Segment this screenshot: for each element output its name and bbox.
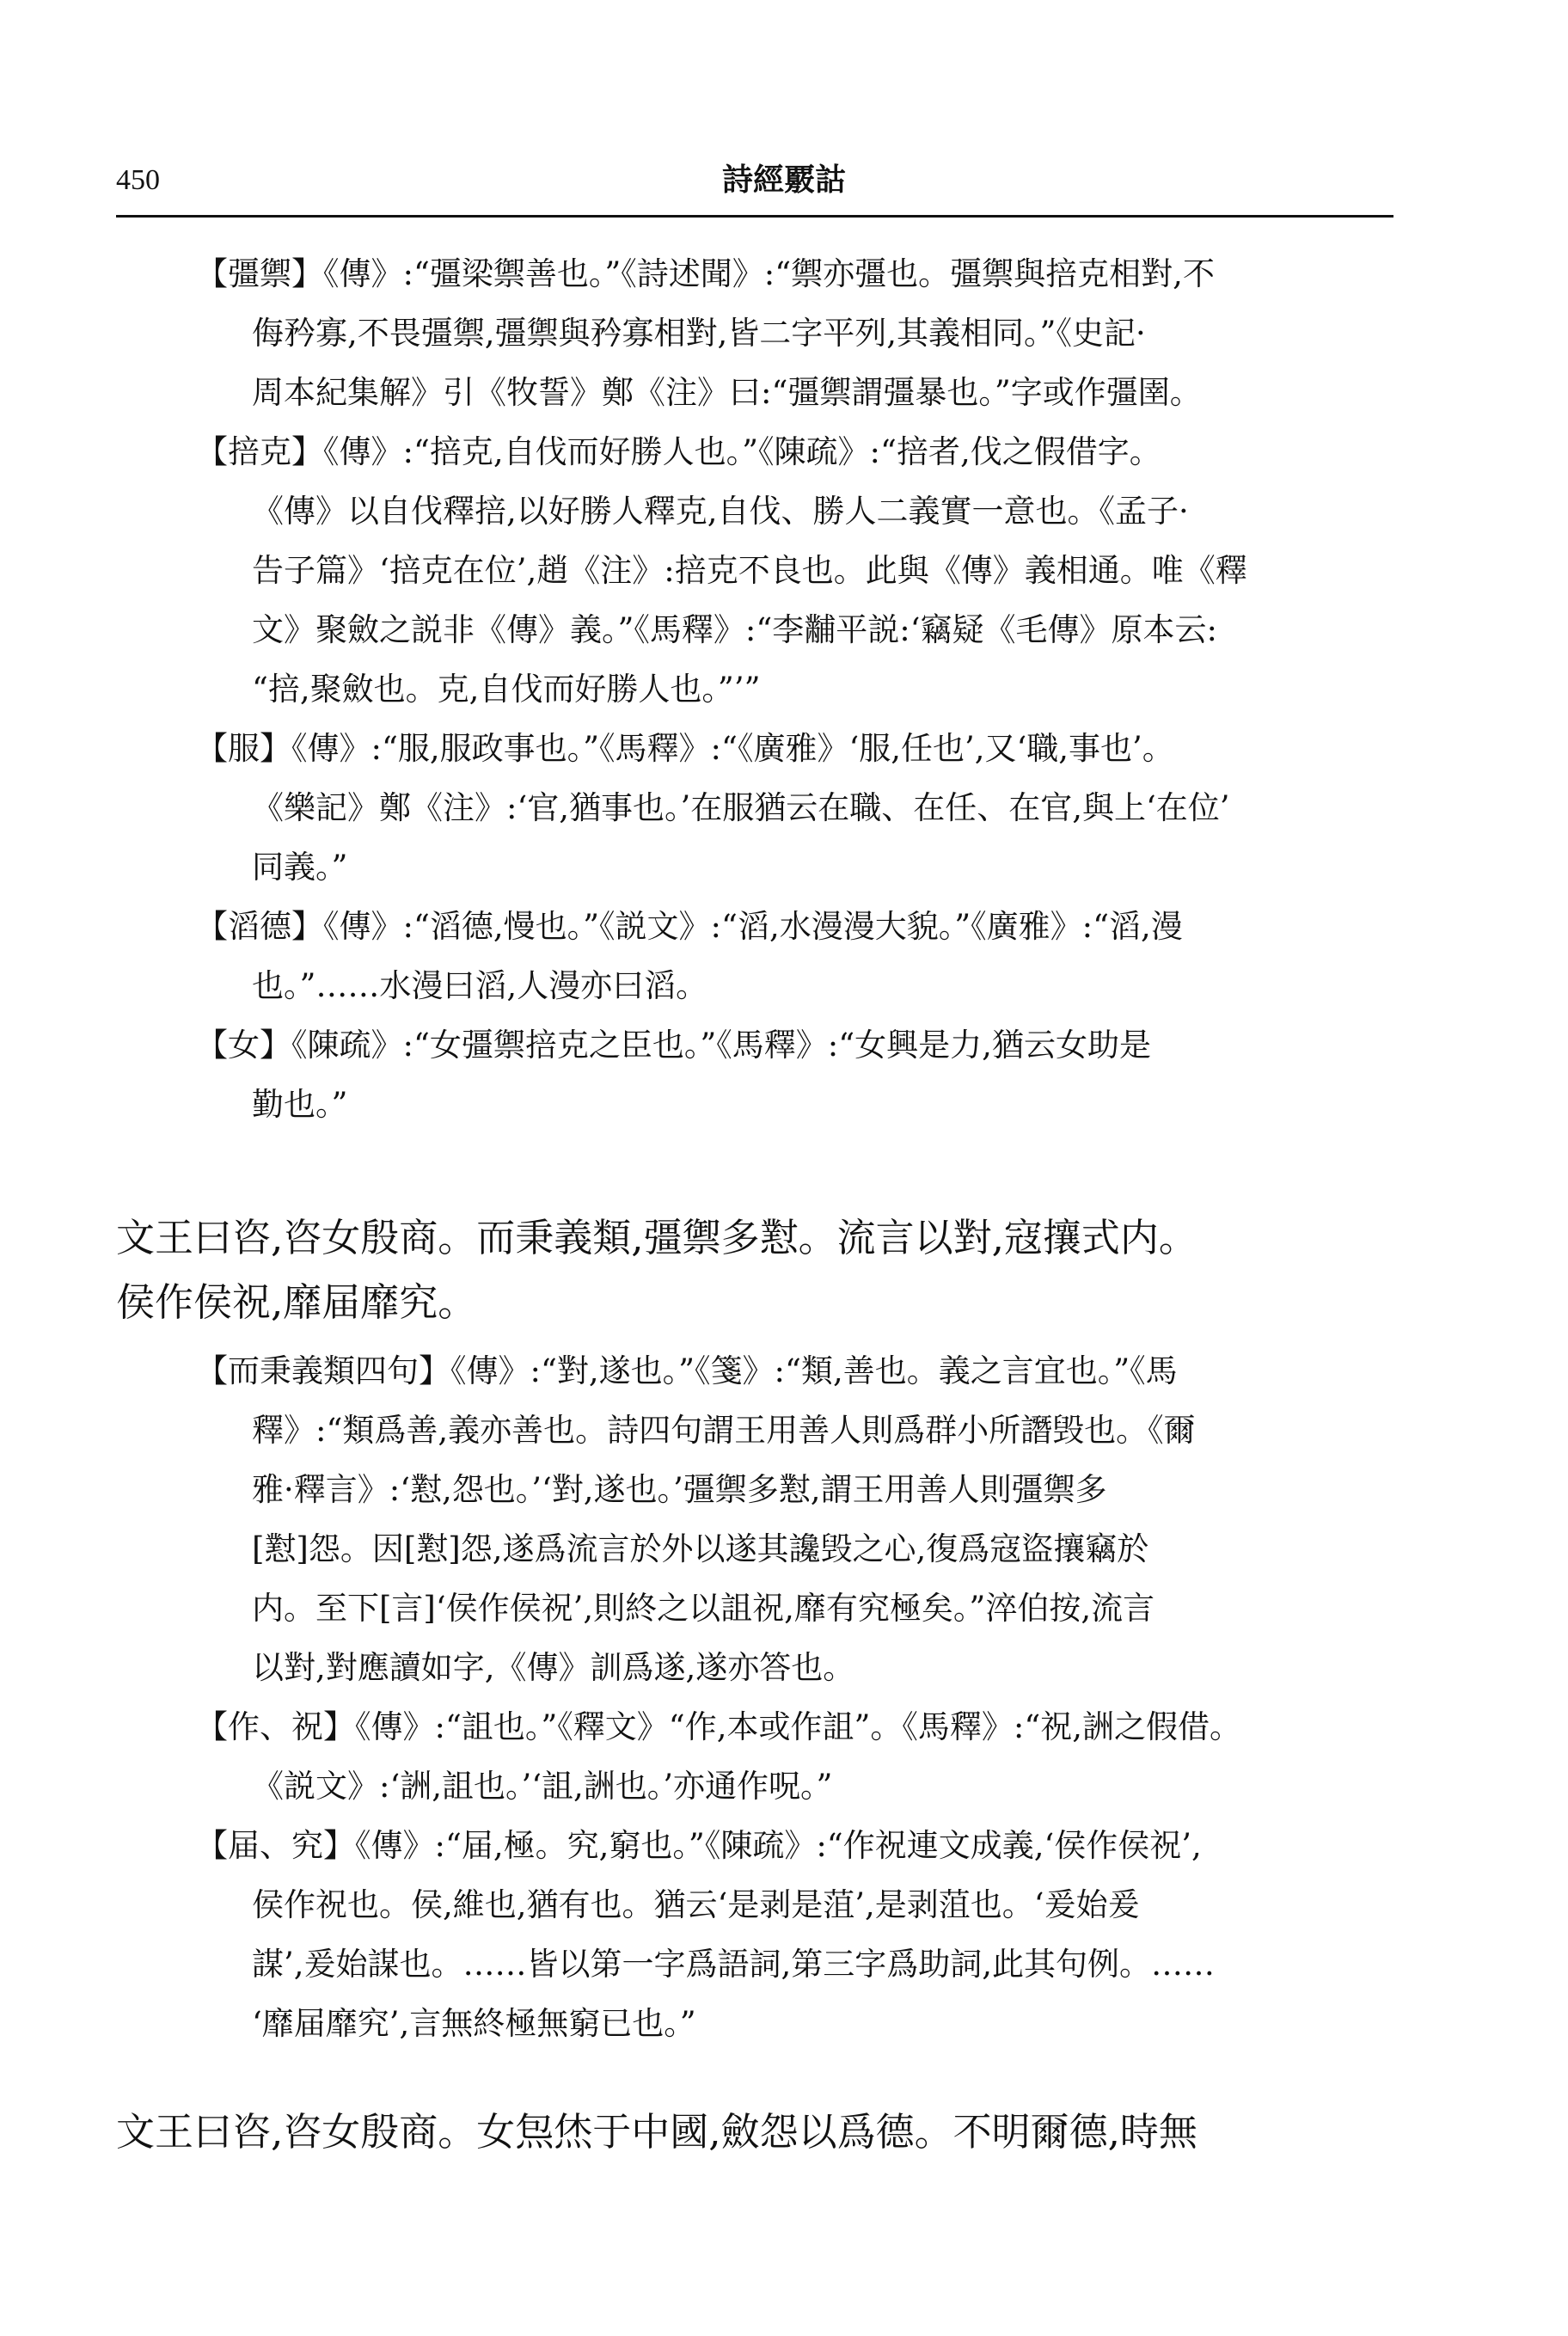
annotation-line: 侮矜寡,不畏彊禦,彊禦與矜寡相對,皆二字平列,其義相同。”《史記· (252, 314, 1146, 353)
annotation-line: 【作、祝】《傳》:“詛也。”《釋文》“作,本或作詛”。《馬釋》:“祝,詶之假借。 (196, 1708, 1241, 1747)
annotation-line: 周本紀集解》引《牧誓》鄭《注》曰:“彊禦謂彊暴也。”字或作彊圉。 (252, 373, 1202, 413)
annotation-line: 謀’,爰始謀也。……皆以第一字爲語詞,第三字爲助詞,此其句例。…… (252, 1945, 1215, 1984)
annotation-line: 【女】《陳疏》:“女彊禦掊克之臣也。”《馬釋》:“女興是力,猶云女助是 (196, 1026, 1151, 1065)
annotation-line: ‘靡届靡究’,言無終極無窮已也。” (252, 2004, 696, 2044)
annotation-line: 雅·釋言》:‘懟,怨也。’‘對,遂也。’彊禦多懟,謂王用善人則彊禦多 (252, 1470, 1107, 1510)
annotation-line: 【服】《傳》:“服,服政事也。”《馬釋》:“《廣雅》‘服,任也’,又‘職,事也’… (196, 729, 1174, 769)
annotation-line: 文》聚斂之説非《傳》義。”《馬釋》:“李黼平説:‘竊疑《毛傳》原本云: (252, 610, 1217, 650)
annotation-line: [懟]怨。因[懟]怨,遂爲流言於外以遂其讒毁之心,復爲寇盜攘竊於 (252, 1530, 1148, 1569)
header-rule (116, 215, 1393, 218)
annotation-line: 【滔德】《傳》:“滔德,慢也。”《説文》:“滔,水漫漫大貌。”《廣雅》:“滔,漫 (196, 907, 1183, 947)
poem-line: 文王曰咨,咨女殷商。女炰烋于中國,斂怨以爲德。不明爾德,時無 (116, 2109, 1197, 2155)
annotation-line: 《樂記》鄭《注》:‘官,猶事也。’在服猶云在職、在任、在官,與上‘在位’ (252, 788, 1230, 828)
annotation-line: 【届、究】《傳》:“届,極。究,窮也。”《陳疏》:“作祝連文成義,‘侯作侯祝’, (196, 1826, 1202, 1866)
annotation-line: 告子篇》‘掊克在位’,趙《注》:掊克不良也。此與《傳》義相通。唯《釋 (252, 551, 1247, 591)
annotation-line: 也。”……水漫曰滔,人漫亦曰滔。 (252, 966, 707, 1006)
running-title: 詩經覈詁 (0, 162, 1568, 198)
annotation-line: 《傳》以自伐釋掊,以好勝人釋克,自伐、勝人二義實一意也。《孟子· (252, 492, 1189, 531)
poem-line: 侯作侯祝,靡届靡究。 (116, 1279, 476, 1326)
annotation-line: 【彊禦】《傳》:“彊梁禦善也。”《詩述聞》:“禦亦彊也。彊禦與掊克相對,不 (196, 254, 1215, 294)
annotation-line: 内。至下[言]‘侯作侯祝’,則終之以詛祝,靡有究極矣。”淬伯按,流言 (252, 1589, 1155, 1628)
annotation-line: 勤也。” (252, 1085, 347, 1125)
annotation-line: 同義。” (252, 848, 347, 887)
annotation-line: 《説文》:‘詶,詛也。’‘詛,詶也。’亦通作呪。” (252, 1767, 832, 1806)
annotation-line: 釋》:“類爲善,義亦善也。詩四句謂王用善人則爲群小所譖毁也。《爾 (252, 1411, 1196, 1450)
annotation-line: 【而秉義類四句】《傳》:“對,遂也。”《箋》:“類,善也。義之言宜也。”《馬 (196, 1352, 1178, 1391)
poem-line: 文王曰咨,咨女殷商。而秉義類,彊禦多懟。流言以對,寇攘式内。 (116, 1215, 1197, 1261)
annotation-line: 侯作祝也。侯,維也,猶有也。猶云‘是剥是菹’,是剥菹也。‘爰始爰 (252, 1885, 1140, 1925)
annotation-line: 【掊克】《傳》:“掊克,自伐而好勝人也。”《陳疏》:“掊者,伐之假借字。 (196, 432, 1161, 472)
annotation-line: “掊,聚斂也。克,自伐而好勝人也。”’” (252, 670, 761, 709)
annotation-line: 以對,對應讀如字,《傳》訓爲遂,遂亦答也。 (252, 1648, 854, 1688)
